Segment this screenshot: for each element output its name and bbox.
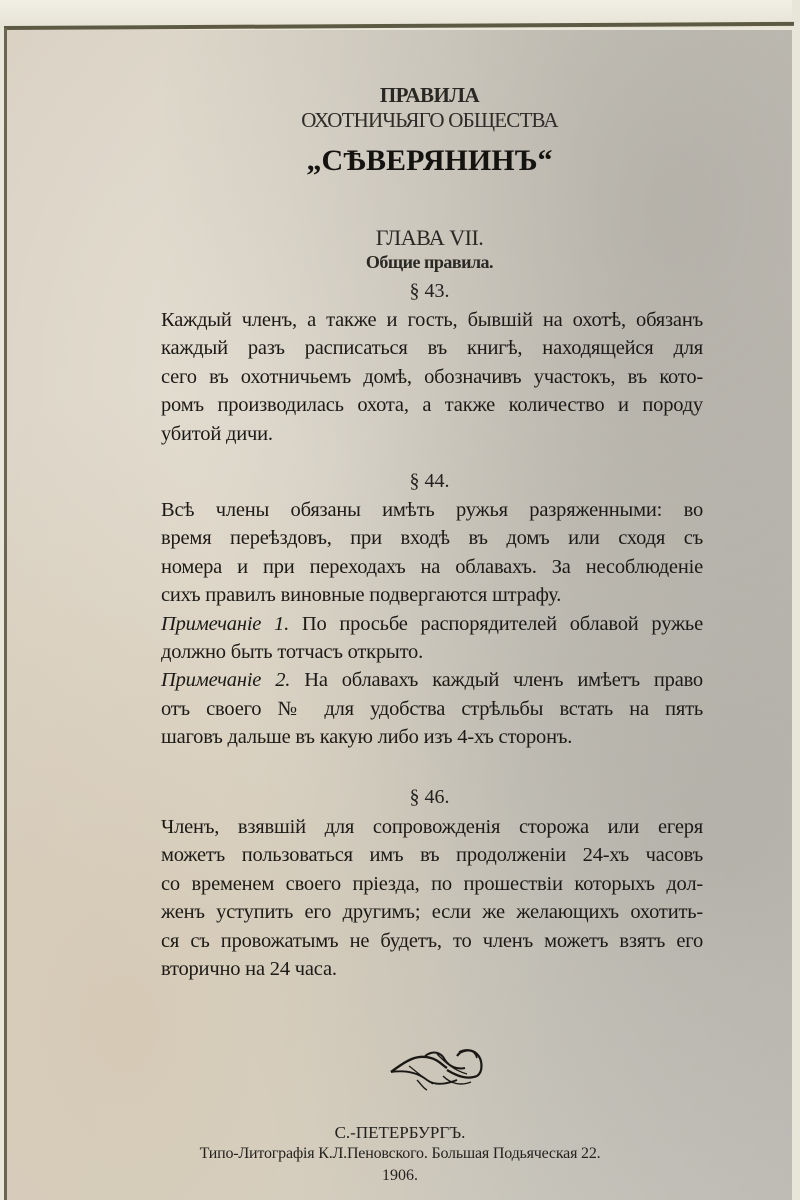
section-number-43: § 43. <box>157 280 702 303</box>
note-1-text: По просьбе распорядителей облавой ружье <box>289 613 703 635</box>
frame-edge-left <box>4 28 7 1200</box>
document-page: ПРАВИЛА ОХОТНИЧЬЯГО ОБЩЕСТВА „СѢВЕРЯНИНЪ… <box>7 30 792 1200</box>
text-line: Каждый членъ, а также и гость, бывшiй на… <box>161 306 703 334</box>
text-line: Членъ, взявшiй для сопровожденiя сторожа… <box>161 813 703 841</box>
text-line: ся съ провожатымъ не будетъ, то членъ мо… <box>161 927 703 955</box>
leaf-flourish-ornament-icon <box>387 1040 487 1092</box>
text-line: отъ своего № для удобства стрѣльбы встат… <box>161 695 703 723</box>
section-46-body: Членъ, взявшiй для сопровожденiя сторожа… <box>161 813 703 983</box>
footer-year: 1906. <box>0 1167 800 1185</box>
text-line: со временем своего прiезда, по прошествi… <box>161 870 703 898</box>
document-title: ПРАВИЛА <box>157 83 702 108</box>
note-2-label: Примечанiе 2. <box>161 669 290 691</box>
section-number-44: § 44. <box>157 470 702 493</box>
note-2-line: Примечанiе 2. На облавахъ каждый членъ и… <box>161 666 703 694</box>
chapter-subheading: Общие правила. <box>157 252 702 273</box>
text-line: должно быть тотчасъ открыто. <box>161 638 703 666</box>
text-line: Всѣ члены обязаны имѣть ружья разряженны… <box>161 496 703 524</box>
text-line: вторично на 24 часа. <box>161 955 703 983</box>
text-line: сего въ охотничьемъ домѣ, обозначивъ уча… <box>161 363 703 391</box>
section-number-46: § 46. <box>157 786 702 809</box>
text-line: женъ уступить его другимъ; если же желаю… <box>161 898 703 926</box>
chapter-heading: ГЛАВА VII. <box>157 225 702 251</box>
note-1-line: Примечанiе 1. По просьбе распорядителей … <box>161 610 703 638</box>
note-2-text: На облавахъ каждый членъ имѣетъ право <box>290 669 703 691</box>
document-subtitle: ОХОТНИЧЬЯГО ОБЩЕСТВА <box>157 108 702 133</box>
background-wall-right <box>792 0 800 1200</box>
society-name: „СѢВЕРЯНИНЪ“ <box>157 144 702 178</box>
footer-city: С.-ПЕТЕРБУРГЪ. <box>0 1123 800 1143</box>
text-line: шаговъ дальше въ какую либо изъ 4-хъ сто… <box>161 723 703 751</box>
section-44-body: Всѣ члены обязаны имѣть ружья разряженны… <box>161 496 703 752</box>
note-1-label: Примечанiе 1. <box>161 613 289 635</box>
text-line: убитой дичи. <box>161 420 703 448</box>
text-line: можетъ пользоваться имъ въ продолженiи 2… <box>161 841 703 869</box>
text-line: каждый разъ расписаться въ книгѣ, находя… <box>161 334 703 362</box>
text-line: сихъ правилъ виновные подвергаются штраф… <box>161 581 703 609</box>
text-line: номера и при переходахъ на облавахъ. За … <box>161 553 703 581</box>
text-line: ромъ производилась охота, а также количе… <box>161 391 703 419</box>
text-line: время переѣздовъ, при входѣ въ домъ или … <box>161 524 703 552</box>
footer-printer: Типо-Литографiя К.Л.Пеновского. Большая … <box>0 1145 800 1163</box>
section-43-body: Каждый членъ, а также и гость, бывшiй на… <box>161 306 703 448</box>
